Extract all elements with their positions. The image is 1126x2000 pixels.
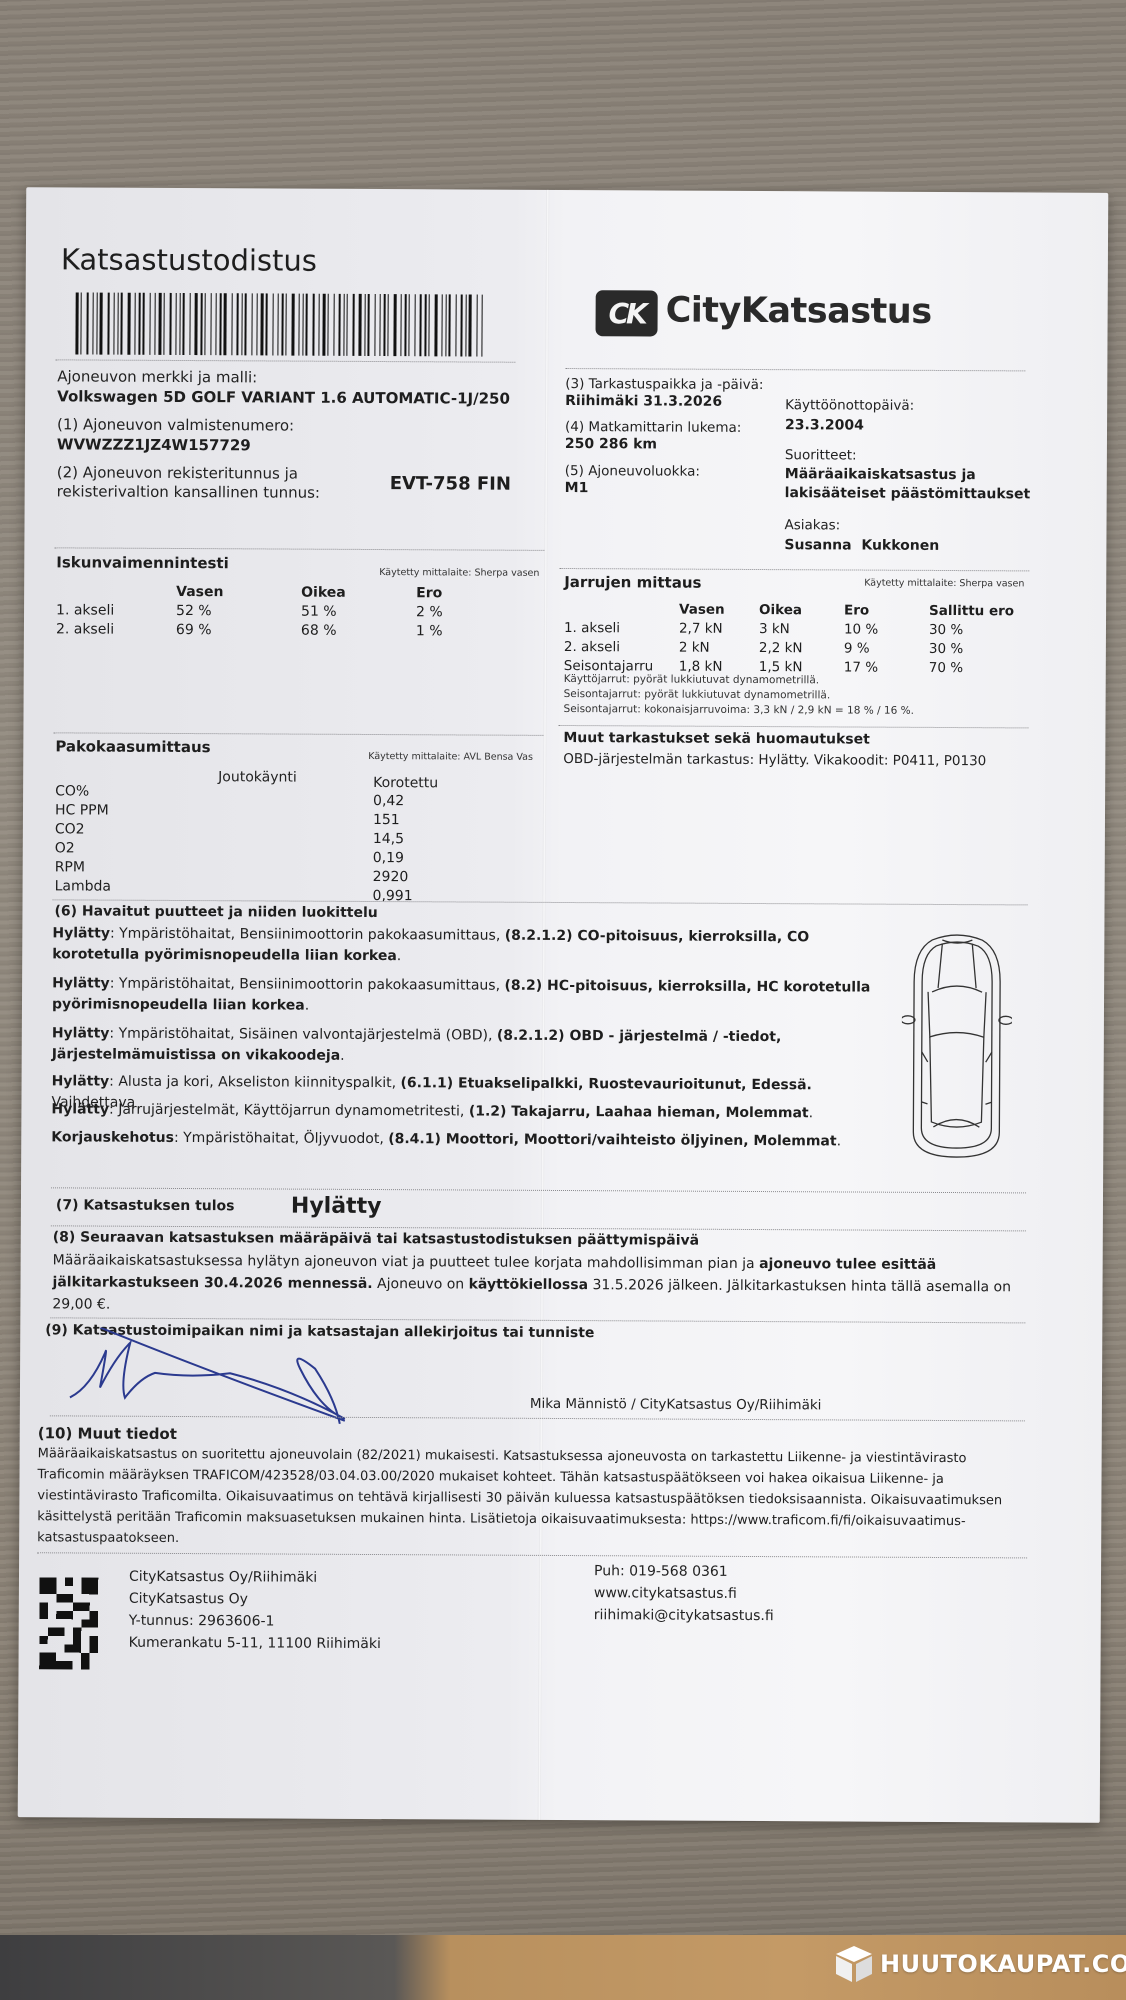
barcode-bar [99,293,102,355]
barcode-bar [379,294,380,356]
barcode-bar [408,294,409,356]
defects-list: Hylätty: Ympäristöhaitat, Bensiinimootto… [26,187,1108,193]
defect-category: : Alusta ja kori, Akseliston kiinnityspa… [109,1074,400,1092]
vin-value: WVWZZZ1JZ4W157729 [57,435,251,455]
emission-raised-value: 14,5 [373,831,404,847]
table-cell: 9 % [844,639,929,658]
barcode-bar [107,293,109,355]
defect-description: (1.2) Takajarru, Laahaa hieman, Molemmat [469,1104,809,1122]
defect-item: Hylätty: Ympäristöhaitat, Sisäinen valvo… [52,1023,882,1069]
barcode-bar [445,294,446,356]
barcode-bar [210,293,211,355]
defect-status: Hylätty [52,925,110,941]
barcode-bar [312,294,314,356]
footer-address: Kumerankatu 5-11, 11100 Riihimäki [129,1632,381,1655]
barcode-bar [428,294,429,356]
emission-param: O2 [55,840,75,856]
brake-test-notes: Käyttöjarrut: pyörät lukkiutuvat dynamom… [564,672,915,719]
divider [55,359,515,362]
defect-tail: . [809,1105,814,1121]
defect-item: Hylätty: Ympäristöhaitat, Bensiinimootto… [52,973,882,1019]
barcode-bar [322,294,325,356]
result-value: Hylätty [291,1194,382,1219]
divider [53,732,543,736]
shock-test-device: Käytetty mittalaite: Sherpa vasen [379,567,539,579]
defect-description: (6.1.1) Etuakselipalkki, Ruostevaurioitu… [400,1075,811,1093]
barcode-bar [455,294,456,356]
shock-test-heading: Iskunvaimennintesti [56,553,229,572]
vehicle-class-value: M1 [565,479,589,498]
barcode-bar [367,294,369,356]
table-cell: 30 % [929,640,1029,660]
column-header: Oikea [759,601,844,620]
barcode-bar [163,293,164,355]
barcode-bar [346,294,347,356]
brake-test-table: VasenOikeaEroSallittu ero1. akseli2,7 kN… [564,600,1029,678]
huutokaupat-watermark: HUUTOKAUPAT.COM [832,1944,1126,1984]
barcode-bar [414,294,415,356]
footer-contact-block: Puh: 019-568 0361 www.citykatsastus.fi r… [594,1560,774,1627]
barcode-bar [86,292,88,354]
barcode-bar [434,294,437,356]
footer-station: CityKatsastus Oy/Riihimäki [129,1566,381,1589]
footer-company: CityKatsastus Oy [129,1588,381,1611]
divider [54,547,544,551]
barcode-bar [393,294,396,356]
defect-tail: . [340,1048,345,1064]
other-checks-text: OBD-järjestelmän tarkastus: Hylätty. Vik… [563,750,986,771]
barcode-bar [460,294,462,356]
divider [558,725,1028,728]
result-label: (7) Katsastuksen tulos [56,1197,235,1214]
emission-row: CO214,5 [55,815,535,818]
defect-category: : Jarrujärjestelmät, Käyttöjarrun dynamo… [109,1102,469,1120]
divider [565,368,1025,371]
barcode-bar [80,292,81,354]
emission-param: CO% [55,783,89,799]
barcode-bar [241,293,242,355]
emission-row: RPM2920 [55,853,535,856]
barcode-bar [352,294,354,356]
barcode-bar [149,293,150,355]
table-cell: 2,2 kN [759,639,844,658]
barcode-bar [96,293,97,355]
inspection-certificate: Katsastustodistus CK CityKatsastus Ajone… [18,187,1109,1823]
column-header: Vasen [679,601,759,620]
barcode-bar [298,294,299,356]
barcode-bar [364,294,365,356]
emission-param: CO2 [55,821,85,837]
emission-test-heading: Pakokaasumittaus [55,737,210,756]
barcode-bar [127,293,130,355]
barcode-bar [256,293,257,355]
barcode-bar [204,293,205,355]
defect-tail: . [837,1133,842,1149]
table-cell: 69 % [176,621,301,641]
footer-email[interactable]: riihimaki@citykatsastus.fi [594,1604,774,1627]
barcode-bar [424,294,426,356]
make-model-value: Volkswagen 5D GOLF VARIANT 1.6 AUTOMATIC… [57,387,510,408]
barcode-bar [291,294,294,356]
barcode-bar [179,293,180,355]
column-header: Vasen [176,583,301,603]
barcode-bar [333,294,334,356]
barcode-bar [272,293,273,355]
cube-logo-icon [832,1944,876,1984]
defect-status: Korjauskehotus [51,1129,174,1146]
defect-category: : Ympäristöhaitat, Sisäinen valvontajärj… [109,1026,497,1044]
defect-item: Hylätty: Ympäristöhaitat, Bensiinimootto… [52,923,882,969]
barcode-bar [120,293,122,355]
barcode-bar [223,293,226,355]
first-use-value: 23.3.2004 [785,416,864,435]
barcode-bar [387,294,388,356]
defect-item: Korjauskehotus: Ympäristöhaitat, Öljyvuo… [51,1127,881,1152]
emission-test-device: Käytetty mittalaite: AVL Bensa Vas [368,751,533,763]
usage-ban-label: käyttökiellossa [469,1277,588,1294]
next-inspection-text-2: Ajoneuvo on [373,1276,469,1293]
barcode-bar [476,295,477,357]
first-use-label: Käyttöönottopäivä: [785,396,914,416]
odometer-value: 250 286 km [565,435,657,454]
barcode-bar [117,293,118,355]
table-cell: 30 % [929,621,1029,641]
shock-test-table: VasenOikeaEro1. akseli52 %51 %2 %2. akse… [56,582,496,641]
table-cell: 70 % [929,659,1029,679]
barcode-bar [75,292,78,354]
column-header [564,600,679,620]
table-row: 2. akseli2 kN2,2 kN9 %30 % [564,638,1029,659]
barcode-bar [285,294,286,356]
emission-raised-value: 0,19 [373,850,404,866]
table-cell: 3 kN [759,620,844,639]
customer-label: Asiakas: [784,516,840,535]
table-cell: 68 % [301,622,416,642]
document-title: Katsastustodistus [61,242,317,277]
column-header: Ero [416,584,496,603]
services-label: Suoritteet: [785,446,857,465]
defect-status: Hylätty [52,975,110,991]
registration-value: EVT-758 FIN [390,474,511,494]
emission-col-raised: Korotettu [373,774,438,793]
table-row: 1. akseli52 %51 %2 % [56,601,496,622]
barcode-bar [154,293,155,355]
emission-param: Lambda [55,878,111,894]
barcode-bar [338,294,340,356]
barcode-bar [251,293,252,355]
barcode-bar [468,294,471,356]
barcode-bar [260,293,263,355]
table-cell: 51 % [301,603,416,623]
divider [37,1552,1027,1558]
emission-raised-value: 0,42 [373,793,404,809]
registration-label-2: rekisterivaltion kansallinen tunnus: [57,482,320,502]
brand-name: CityKatsastus [666,291,932,332]
barcode-bar [419,294,421,356]
barcode-bar [219,293,221,355]
column-header: Sallittu ero [929,602,1029,622]
emission-raised-value: 2920 [373,869,409,885]
defects-heading: (6) Havaitut puutteet ja niiden luokitte… [54,903,377,921]
table-cell: 2. akseli [56,620,176,640]
table-cell: 2 % [416,603,496,622]
barcode-bar [182,293,184,355]
defect-category: : Ympäristöhaitat, Bensiinimoottorin pak… [110,976,505,994]
barcode-bar [194,293,197,355]
barcode-bar [277,293,278,355]
table-cell: 1. akseli [564,619,679,639]
make-model-label: Ajoneuvon merkki ja malli: [57,367,257,387]
barcode [75,292,505,356]
barcode-bar [327,294,328,356]
barcode-bar [358,294,361,356]
citykatsastus-logo-icon: CK [596,290,658,336]
defect-category: : Ympäristöhaitat, Öljyvuodot, [174,1130,388,1147]
car-top-view-icon [901,932,1012,1163]
customer-value: Susanna Kukkonen [784,536,939,556]
barcode-bar [305,294,307,356]
registration-label-1: (2) Ajoneuvon rekisteritunnus ja [57,463,298,483]
defect-status: Hylätty [52,1073,110,1089]
barcode-bar [158,293,161,355]
column-header: Ero [844,601,929,620]
emission-raised-value: 151 [373,812,400,828]
barcode-bar [175,293,176,355]
table-cell: 2 kN [679,639,759,658]
brake-note: Seisontajarrut: kokonaisjarruvoima: 3,3 … [564,702,914,719]
table-cell: 2. akseli [564,638,679,658]
qr-code [39,1577,99,1669]
table-cell: 10 % [844,620,929,639]
barcode-bar [138,293,140,355]
defect-item: Hylätty: Jarrujärjestelmät, Käyttöjarrun… [51,1099,881,1124]
place-date-value: Riihimäki 31.3.2026 [565,392,722,412]
next-inspection-heading: (8) Seuraavan katsastuksen määräpäivä ta… [53,1229,699,1248]
barcode-bar [318,294,319,356]
emission-row: HC PPM151 [55,796,535,799]
barcode-bar [374,294,375,356]
defect-category: : Ympäristöhaitat, Bensiinimoottorin pak… [110,926,505,944]
barcode-bar [465,294,466,356]
barcode-bar [400,294,401,356]
barcode-bar [200,293,202,355]
barcode-bar [404,294,406,356]
barcode-bar [281,294,283,356]
barcode-bar [113,293,114,355]
barcode-bar [343,294,344,356]
barcode-bar [134,293,135,355]
barcode-bar [265,293,267,355]
barcode-bar [231,293,232,355]
barcode-bar [481,295,482,357]
barcode-bar [142,293,144,355]
emission-param: HC PPM [55,802,109,818]
barcode-bar [244,293,246,355]
table-cell: 1 % [416,622,496,641]
vin-label: (1) Ajoneuvon valmistenumero: [57,415,294,435]
divider [51,1187,1026,1193]
table-cell: 2,7 kN [679,620,759,639]
footer-company-block: CityKatsastus Oy/Riihimäki CityKatsastus… [129,1566,382,1655]
barcode-bar [189,293,190,355]
other-info-text: Määräaikaiskatsastus on suoritettu ajone… [37,1443,1028,1553]
table-cell: 1. akseli [56,601,176,621]
inspector-name: Mika Männistö / CityKatsastus Oy/Riihimä… [530,1395,822,1416]
watermark-text: HUUTOKAUPAT.COM [880,1950,1126,1978]
emission-param: RPM [55,859,85,875]
defect-tail: . [305,998,310,1014]
table-row: 2. akseli69 %68 %1 % [56,620,496,641]
emission-row: O20,19 [55,834,535,837]
other-checks-heading: Muut tarkastukset sekä huomautukset [563,730,870,748]
next-inspection-text: Määräaikaiskatsastuksessa hylätyn ajoneu… [52,1249,1017,1320]
defect-tail: . [397,948,402,964]
defect-status: Hylätty [51,1101,109,1117]
next-inspection-text-1: Määräaikaiskatsastuksessa hylätyn ajoneu… [53,1252,760,1272]
footer-website[interactable]: www.citykatsastus.fi [594,1582,774,1605]
column-header: Oikea [301,584,416,604]
footer-phone: Puh: 019-568 0361 [594,1560,774,1583]
services-value-2: lakisääteiset päästömittaukset [785,484,1031,504]
barcode-bar [92,293,93,355]
brake-test-heading: Jarrujen mittaus [564,573,701,592]
barcode-bar [448,294,450,356]
footer-business-id: Y-tunnus: 2963606-1 [129,1610,381,1633]
other-info-heading: (10) Muut tiedot [38,1424,177,1443]
barcode-bar [302,294,303,356]
table-cell: 52 % [176,602,301,622]
barcode-bar [169,293,171,355]
barcode-bar [215,293,216,355]
defect-status: Hylätty [52,1025,110,1041]
emission-row: Lambda0,991 [55,872,535,875]
inspector-signature [60,1327,391,1439]
services-value-1: Määräaikaiskatsastus ja [785,465,976,485]
divider [559,568,1029,571]
barcode-bar [236,293,238,355]
barcode-bar [383,294,385,356]
emission-col-idle: Joutokäynti [218,768,297,787]
barcode-bar [441,294,442,356]
column-header [56,582,176,602]
defect-description: (8.4.1) Moottori, Moottori/vaihteisto öl… [388,1131,836,1149]
brake-test-device: Käytetty mittalaite: Sherpa vasen [864,578,1024,590]
table-row: 1. akseli2,7 kN3 kN10 %30 % [564,619,1029,640]
